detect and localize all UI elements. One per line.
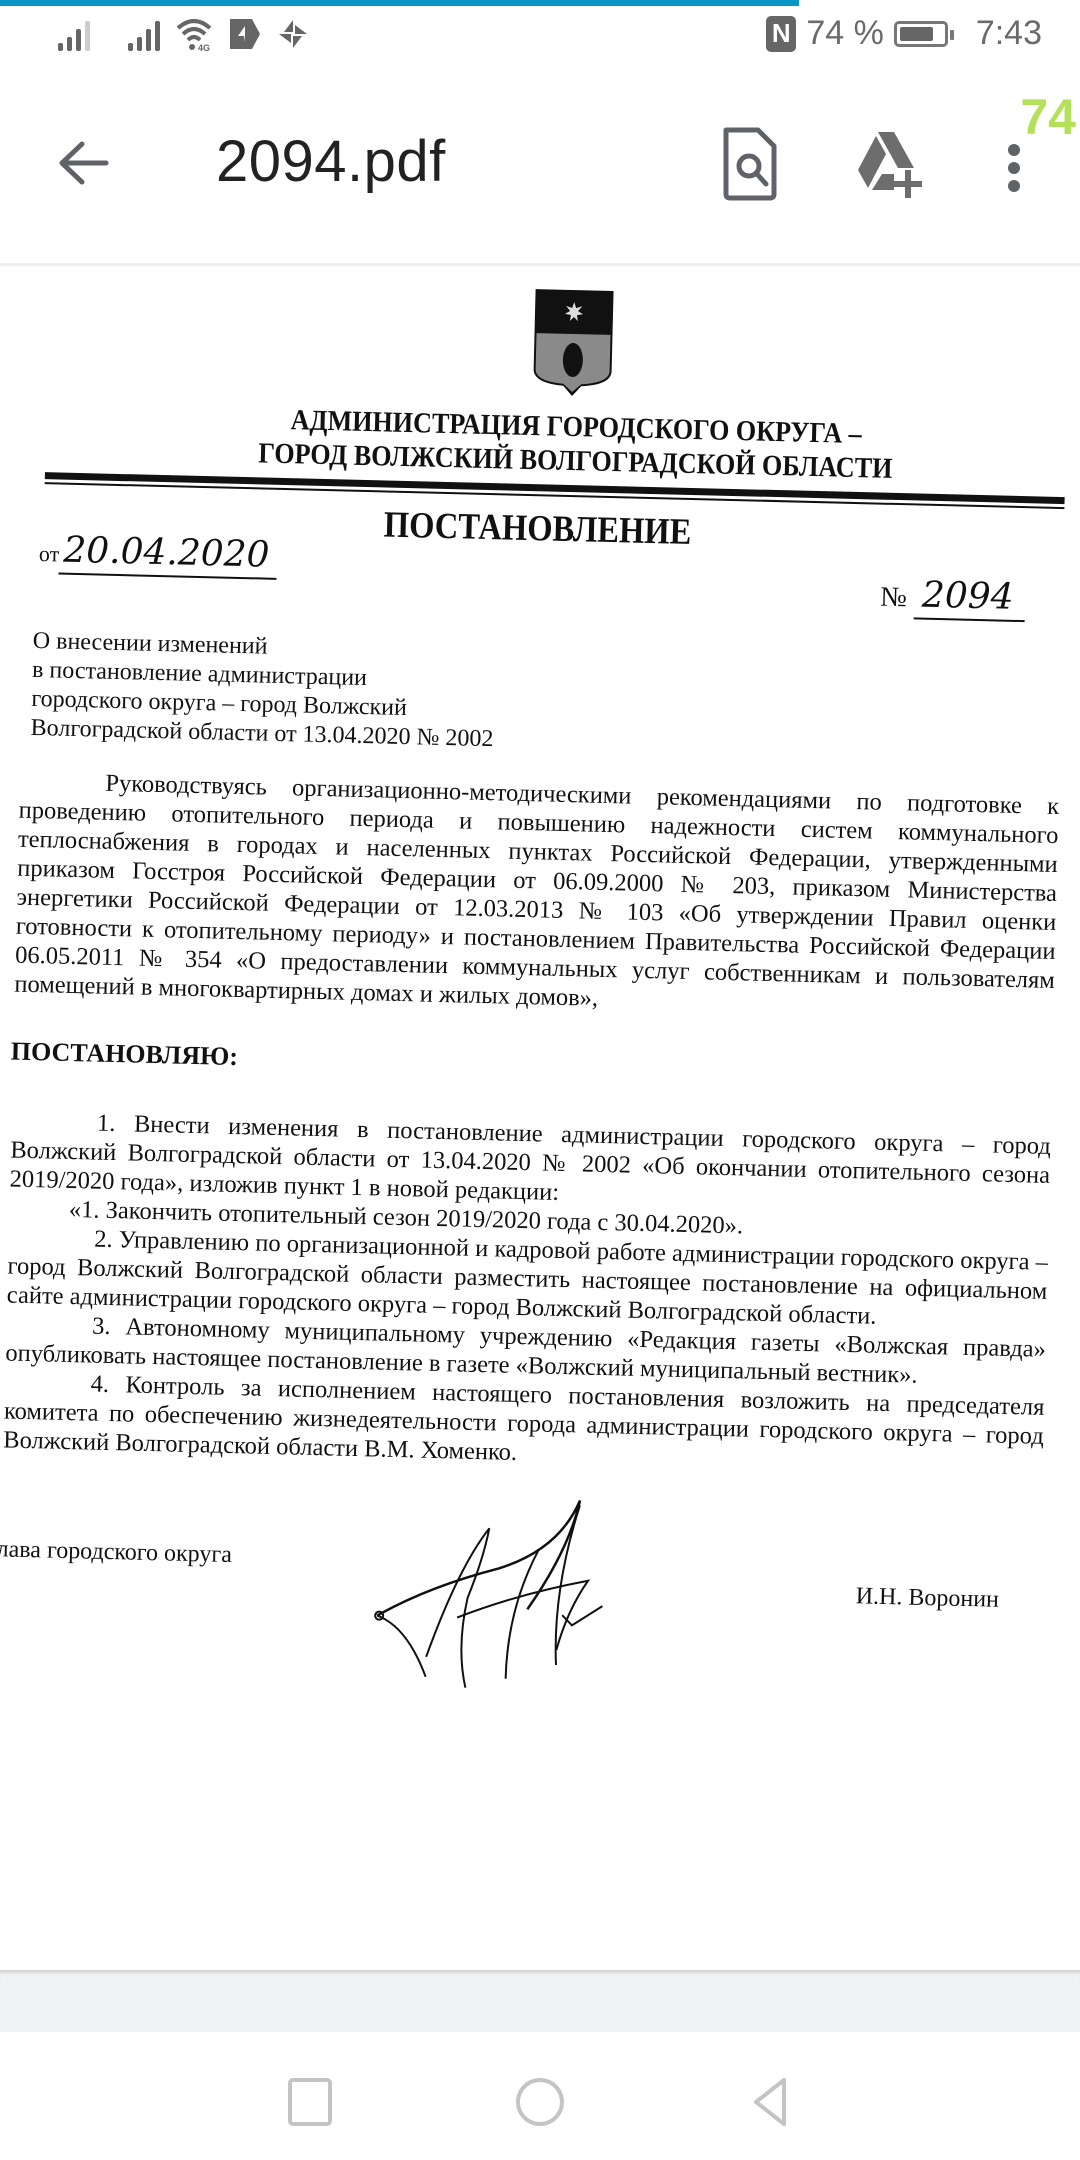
wifi-4g-icon: 4G <box>174 16 214 52</box>
battery-icon <box>894 21 948 47</box>
page-gap <box>0 1970 1080 2032</box>
organization-name: АДМИНИСТРАЦИЯ ГОРОДСКОГО ОКРУГА – ГОРОД … <box>215 401 936 487</box>
app-bar: 2094.pdf 74 <box>0 70 1080 266</box>
handwritten-date: 20.04.2020 <box>59 530 278 580</box>
pinwheel-app-icon <box>276 17 310 51</box>
back-arrow-icon <box>50 128 120 198</box>
battery-percent: 74 % <box>806 14 884 53</box>
home-button[interactable] <box>510 2072 570 2132</box>
coat-of-arms-icon <box>531 287 616 397</box>
document-title: 2094.pdf <box>216 128 446 195</box>
signatory-role: Глава городского округа <box>0 1536 232 1569</box>
add-to-drive-icon <box>848 118 928 208</box>
svg-text:4G: 4G <box>198 43 210 52</box>
resolution-title: ПОСТАНОВЛЕНИЕ <box>383 503 692 554</box>
nfc-icon: N <box>766 16 796 52</box>
resolve-heading: ПОСТАНОВЛЯЮ: <box>10 1037 238 1073</box>
clock: 7:43 <box>976 14 1042 53</box>
add-to-drive-button[interactable] <box>848 118 928 208</box>
pdf-page[interactable]: АДМИНИСТРАЦИЯ ГОРОДСКОГО ОКРУГА – ГОРОД … <box>0 266 1080 1970</box>
number-prefix: № <box>880 582 907 614</box>
location-app-icon <box>228 17 262 51</box>
page-badge: 74 <box>1020 88 1076 146</box>
back-button[interactable] <box>50 128 120 198</box>
home-circle-icon <box>510 2072 570 2132</box>
document-number: № 2094 <box>880 574 1026 619</box>
status-bar: 4G N 74 % 7:43 <box>0 0 1080 70</box>
signal-sim1-icon <box>58 17 90 51</box>
signal-sim2-icon <box>128 17 160 51</box>
find-in-document-icon <box>712 118 792 208</box>
preamble-text: Руководствуясь организационно-методическ… <box>14 770 1059 1012</box>
document-content: АДМИНИСТРАЦИЯ ГОРОДСКОГО ОКРУГА – ГОРОД … <box>0 266 1080 1970</box>
document-subject: О внесении изменений в постановление адм… <box>30 627 496 754</box>
signature-image <box>365 1485 690 1693</box>
item-1: 1. Внести изменения в постановление адми… <box>9 1110 1051 1206</box>
document-date: от20.04.2020 <box>39 529 278 576</box>
nav-back-button[interactable] <box>740 2072 800 2132</box>
signatory-name: И.Н. Воронин <box>855 1583 999 1613</box>
find-in-document-button[interactable] <box>712 118 792 208</box>
preamble: Руководствуясь организационно-методическ… <box>14 767 1059 1024</box>
system-nav-bar <box>0 2032 1080 2160</box>
date-prefix: от <box>39 541 60 566</box>
recents-square-icon <box>280 2072 340 2132</box>
recents-button[interactable] <box>280 2072 340 2132</box>
back-triangle-icon <box>740 2072 800 2132</box>
resolution-items: 1. Внести изменения в постановление адми… <box>3 1107 1051 1480</box>
handwritten-number: 2094 <box>913 574 1026 622</box>
